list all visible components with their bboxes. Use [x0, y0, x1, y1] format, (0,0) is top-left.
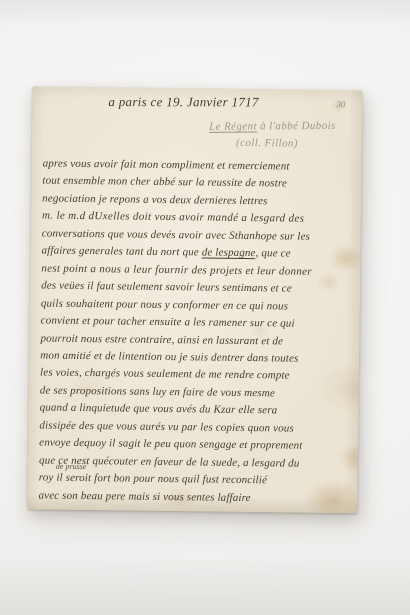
letter-dateline: a paris ce 19. Janvier 1717 [108, 94, 258, 110]
letter-line-text: affaires generales tant du nort que [41, 245, 201, 259]
letter-line-text: roy il seroit fort bon pour nous quil fu… [39, 472, 267, 487]
letter-body: apres vous avoir fait mon compliment et … [38, 156, 359, 509]
pencil-attribution-rest: à l'abbé Dubois [257, 120, 336, 133]
corner-pencil-number: 30 [336, 99, 345, 109]
photo-backdrop: a paris ce 19. Janvier 1717 30 Le Régent… [0, 0, 410, 615]
pencil-attribution-underlined: Le Régent [209, 120, 257, 132]
letter-line-text: , que ce [256, 247, 291, 259]
manuscript-letter-page: a paris ce 19. Janvier 1717 30 Le Régent… [27, 86, 362, 513]
pencil-attribution-note: Le Régent à l'abbé Dubois [209, 120, 336, 133]
interline-insertion: de prusse [56, 463, 87, 471]
underlined-phrase: de lespagne [202, 247, 256, 260]
pencil-collection-note: (coll. Fillon) [236, 137, 298, 150]
